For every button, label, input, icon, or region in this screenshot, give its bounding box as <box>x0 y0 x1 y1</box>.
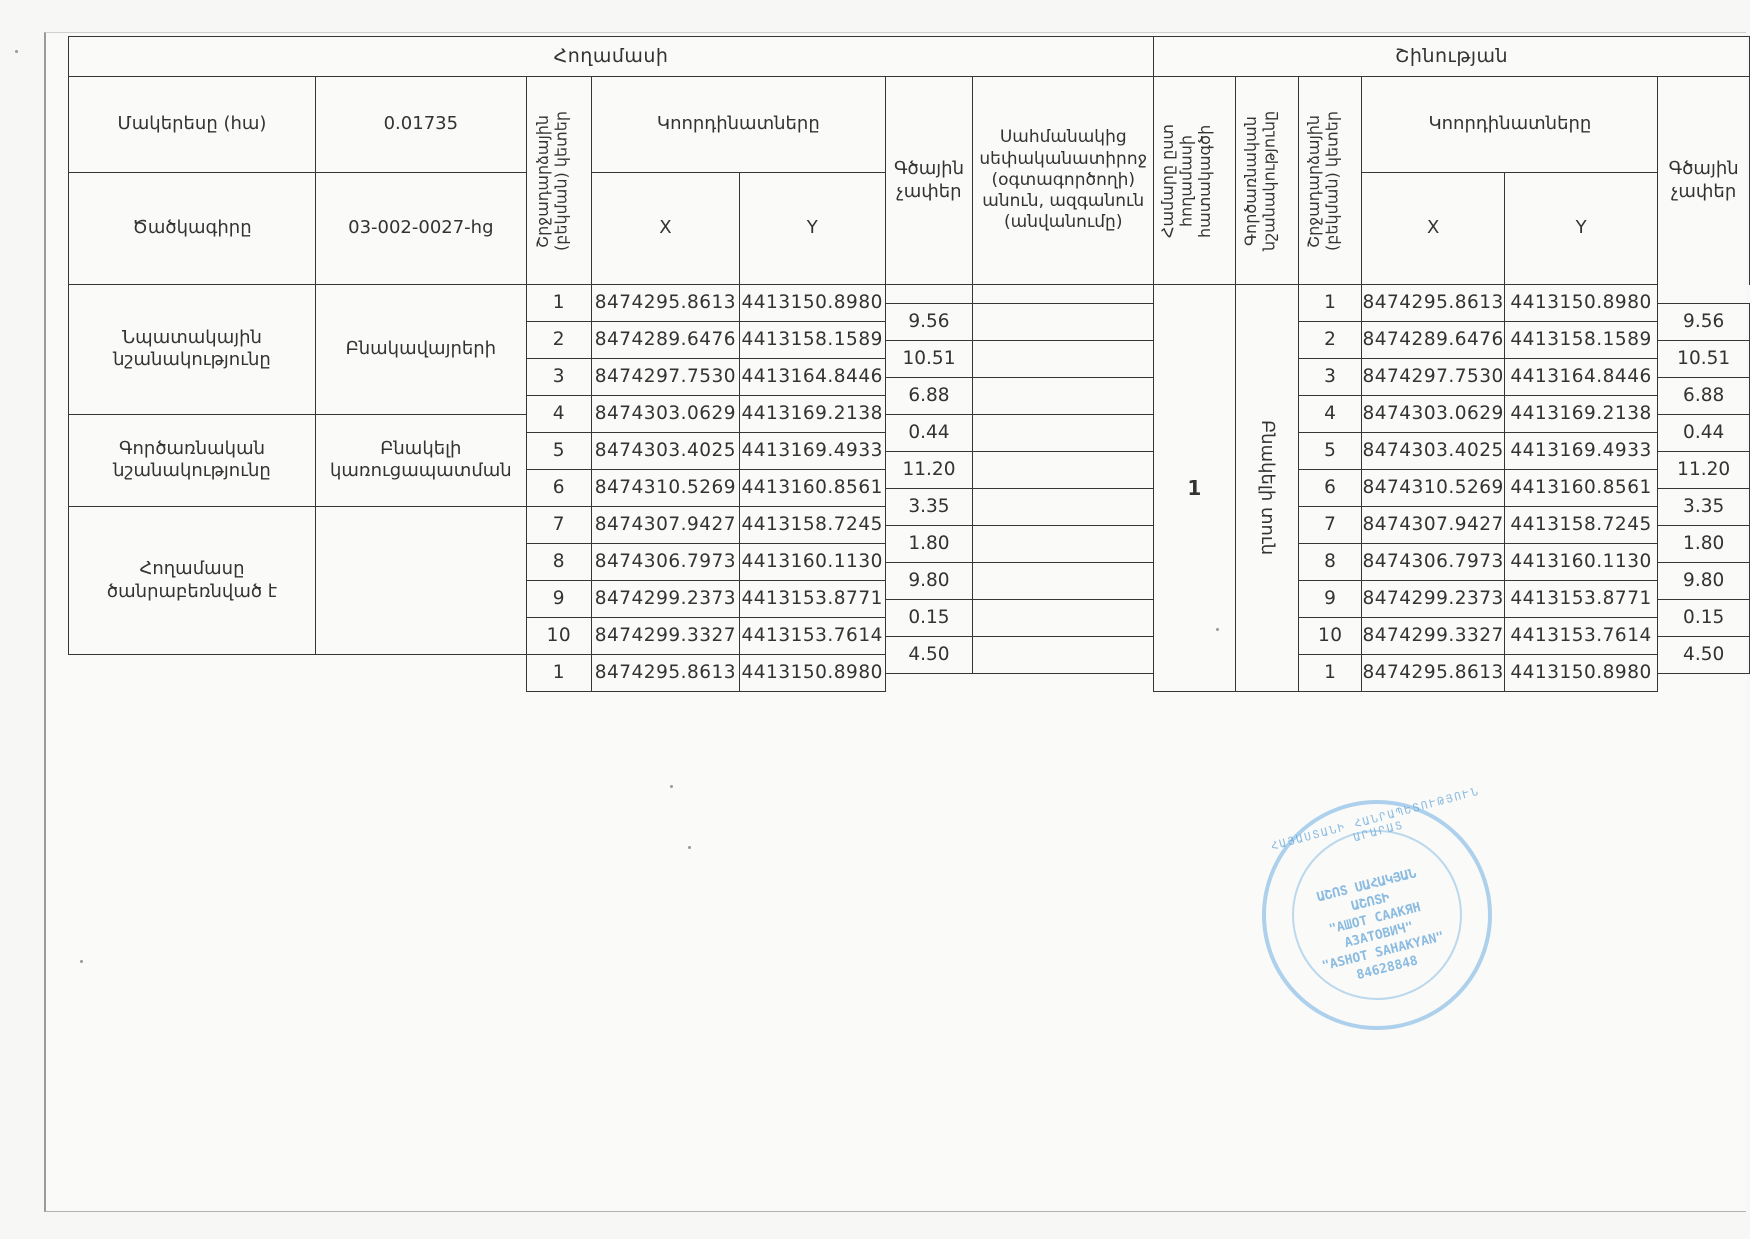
neighbor-name <box>973 636 1154 673</box>
land-point-x: 8474303.4025 <box>592 433 740 470</box>
neighbor-name <box>973 414 1154 451</box>
purpose-value: Բնակավայրերի <box>315 285 526 415</box>
building-point-x: 8474295.8613 <box>1362 655 1504 692</box>
function-label: Գործառնական նշանակությունը <box>69 414 316 507</box>
neighbor-blank <box>973 285 1154 304</box>
building-length: 9.56 <box>1658 303 1750 340</box>
neighbors-header: Սահմանակից սեփականատիրոջ (օգտագործողի) ա… <box>973 77 1154 285</box>
land-point-y: 4413160.1130 <box>739 544 885 581</box>
building-point-number: 10 <box>1299 618 1362 655</box>
land-point-number: 1 <box>526 285 591 322</box>
building-length-end <box>1658 673 1750 692</box>
land-length: 11.20 <box>885 451 973 488</box>
building-length: 9.80 <box>1658 562 1750 599</box>
land-point-x: 8474289.6476 <box>592 322 740 359</box>
land-length: 6.88 <box>885 377 973 414</box>
land-point-x: 8474307.9427 <box>592 507 740 544</box>
neighbor-name <box>973 303 1154 340</box>
building-point-x: 8474295.8613 <box>1362 285 1504 322</box>
land-point-number: 1 <box>526 655 591 692</box>
neighbor-name <box>973 451 1154 488</box>
land-coords-header: Կոորդինատները <box>592 77 886 173</box>
land-turning-points-header: Շրջադարձային (բեկման) կետեր <box>526 77 591 285</box>
building-point-number: 6 <box>1299 470 1362 507</box>
neighbor-name <box>973 488 1154 525</box>
building-lengths-header: Գծային չափեր <box>1658 77 1750 285</box>
code-value: 03-002-0027-հg <box>315 173 526 285</box>
encumbered-value <box>315 507 526 655</box>
function-value: Բնակելի կառուցապատման <box>315 414 526 507</box>
land-point-y: 4413164.8446 <box>739 359 885 396</box>
area-label: Մակերեսը (հա) <box>69 77 316 173</box>
neighbor-name <box>973 340 1154 377</box>
building-point-y: 4413150.8980 <box>1504 285 1657 322</box>
land-point-y: 4413153.7614 <box>739 618 885 655</box>
encumbered-label: Հողամասը ծանրաբեռնված է <box>69 507 316 655</box>
land-point-x: 8474303.0629 <box>592 396 740 433</box>
land-point-x: 8474310.5269 <box>592 470 740 507</box>
building-point-x: 8474289.6476 <box>1362 322 1504 359</box>
purpose-label: Նպատակային նշանակությունը <box>69 285 316 415</box>
building-point-number: 8 <box>1299 544 1362 581</box>
land-lengths-header: Գծային չափեր <box>885 77 973 285</box>
building-point-x: 8474303.0629 <box>1362 396 1504 433</box>
building-point-number: 7 <box>1299 507 1362 544</box>
land-point-y: 4413150.8980 <box>739 655 885 692</box>
building-coords-header: Կոորդինատները <box>1362 77 1658 173</box>
building-section-title: Շինության <box>1154 37 1750 77</box>
building-length: 6.88 <box>1658 377 1750 414</box>
land-point-number: 6 <box>526 470 591 507</box>
land-point-y: 4413169.2138 <box>739 396 885 433</box>
building-point-y: 4413169.4933 <box>1504 433 1657 470</box>
land-length: 0.44 <box>885 414 973 451</box>
land-point-x: 8474299.2373 <box>592 581 740 618</box>
building-point-y: 4413153.7614 <box>1504 618 1657 655</box>
neighbor-name <box>973 562 1154 599</box>
building-point-x: 8474297.7530 <box>1362 359 1504 396</box>
building-point-x: 8474307.9427 <box>1362 507 1504 544</box>
building-point-number: 2 <box>1299 322 1362 359</box>
land-point-number: 10 <box>526 618 591 655</box>
building-length: 11.20 <box>1658 451 1750 488</box>
building-length: 0.15 <box>1658 599 1750 636</box>
land-length: 10.51 <box>885 340 973 377</box>
land-point-y: 4413160.8561 <box>739 470 885 507</box>
land-length: 3.35 <box>885 488 973 525</box>
land-length-end <box>885 673 973 692</box>
building-turning-points-header: Շրջադարձային (բեկման) կետեր <box>1299 77 1362 285</box>
land-point-number: 9 <box>526 581 591 618</box>
building-point-y: 4413153.8771 <box>1504 581 1657 618</box>
building-point-x: 8474310.5269 <box>1362 470 1504 507</box>
neighbor-name <box>973 377 1154 414</box>
building-point-y: 4413160.1130 <box>1504 544 1657 581</box>
building-point-x: 8474303.4025 <box>1362 433 1504 470</box>
land-point-x: 8474297.7530 <box>592 359 740 396</box>
land-point-y: 4413158.1589 <box>739 322 885 359</box>
empty-space <box>69 655 527 692</box>
building-point-number: 5 <box>1299 433 1362 470</box>
building-point-y: 4413158.7245 <box>1504 507 1657 544</box>
building-function-header: Գործառնական նշանակությունը <box>1235 77 1298 285</box>
land-point-y: 4413150.8980 <box>739 285 885 322</box>
building-point-number: 4 <box>1299 396 1362 433</box>
land-point-number: 4 <box>526 396 591 433</box>
land-point-x: 8474306.7973 <box>592 544 740 581</box>
code-label: Ծածկագիրը <box>69 173 316 285</box>
building-y-header: Y <box>1504 173 1657 285</box>
land-point-number: 5 <box>526 433 591 470</box>
land-length: 4.50 <box>885 636 973 673</box>
land-point-number: 7 <box>526 507 591 544</box>
building-point-x: 8474299.2373 <box>1362 581 1504 618</box>
official-stamp: ՀԱՅԱՍՏԱՆԻ ՀԱՆՐԱՊԵՏՈՒԹՅՈՒՆ ԱՐԱՐԱՏ ԱՇՈՏ ՍԱ… <box>1262 800 1492 1030</box>
land-point-y: 4413169.4933 <box>739 433 885 470</box>
land-length: 9.56 <box>885 303 973 340</box>
land-length: 0.15 <box>885 599 973 636</box>
building-function-value: Բնակելի տուն <box>1235 285 1298 692</box>
land-point-x: 8474299.3327 <box>592 618 740 655</box>
building-point-y: 4413158.1589 <box>1504 322 1657 359</box>
neighbor-name <box>973 525 1154 562</box>
land-section-title: Հողամասի <box>69 37 1154 77</box>
building-point-x: 8474299.3327 <box>1362 618 1504 655</box>
building-length: 1.80 <box>1658 525 1750 562</box>
land-point-y: 4413153.8771 <box>739 581 885 618</box>
neighbor-end <box>973 673 1154 692</box>
building-point-y: 4413150.8980 <box>1504 655 1657 692</box>
building-length: 4.50 <box>1658 636 1750 673</box>
land-y-header: Y <box>739 173 885 285</box>
building-point-y: 4413160.8561 <box>1504 470 1657 507</box>
building-point-number: 9 <box>1299 581 1362 618</box>
building-point-number: 1 <box>1299 655 1362 692</box>
area-value: 0.01735 <box>315 77 526 173</box>
land-point-x: 8474295.8613 <box>592 655 740 692</box>
land-length: 9.80 <box>885 562 973 599</box>
land-point-number: 2 <box>526 322 591 359</box>
building-point-y: 4413164.8446 <box>1504 359 1657 396</box>
building-point-y: 4413169.2138 <box>1504 396 1657 433</box>
land-point-x: 8474295.8613 <box>592 285 740 322</box>
land-x-header: X <box>592 173 740 285</box>
cadastral-table: Հողամասի Շինության Մակերեսը (հա) 0.01735… <box>68 36 1750 692</box>
building-point-number: 1 <box>1299 285 1362 322</box>
building-plan-number: 1 <box>1154 285 1236 692</box>
building-length: 10.51 <box>1658 340 1750 377</box>
land-point-number: 3 <box>526 359 591 396</box>
plan-number-header: Համարը ըստ հողամասի հատակագծի <box>1154 77 1236 285</box>
building-point-x: 8474306.7973 <box>1362 544 1504 581</box>
land-point-number: 8 <box>526 544 591 581</box>
neighbor-name <box>973 599 1154 636</box>
building-length: 3.35 <box>1658 488 1750 525</box>
building-length: 0.44 <box>1658 414 1750 451</box>
building-point-number: 3 <box>1299 359 1362 396</box>
land-length: 1.80 <box>885 525 973 562</box>
land-length-blank <box>885 285 973 304</box>
table-half-row: Նպատակային նշանակությունըԲնակավայրերի184… <box>69 285 1750 304</box>
building-x-header: X <box>1362 173 1504 285</box>
land-point-y: 4413158.7245 <box>739 507 885 544</box>
